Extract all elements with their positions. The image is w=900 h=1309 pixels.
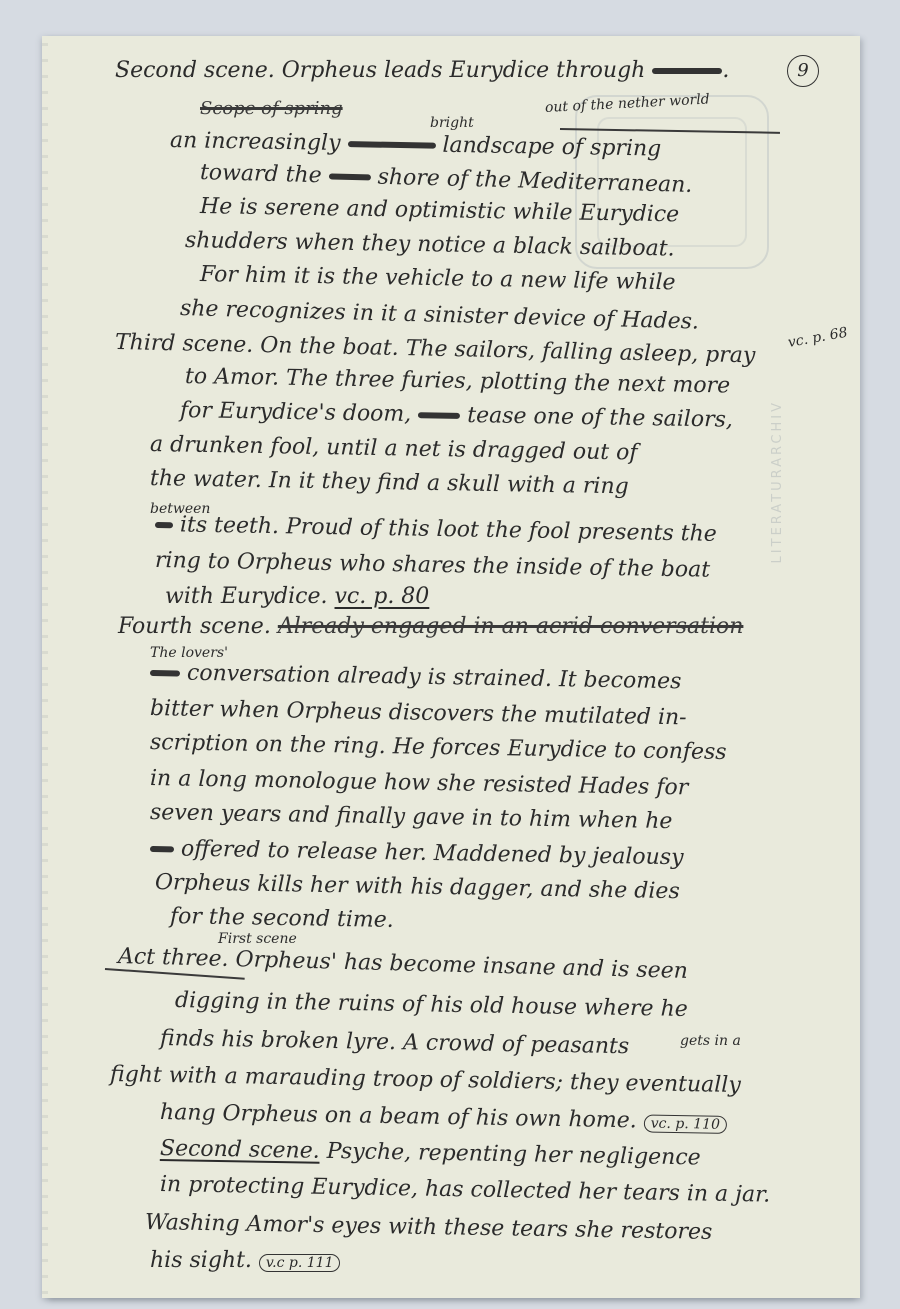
- line-text: with Eurydice.: [165, 584, 328, 609]
- crossed-out-word: [155, 522, 173, 528]
- line-text: an increasingly: [170, 128, 341, 156]
- manuscript-line-34: his sight. v.c p. 111: [150, 1248, 340, 1276]
- struck-phrase: Scope of spring: [200, 96, 343, 122]
- line-text: Fourth scene.: [118, 614, 271, 639]
- manuscript-line-16: with Eurydice. vc. p. 80: [165, 584, 429, 610]
- reference-note-p80: vc. p. 80: [335, 584, 430, 609]
- struck-phrase: Already engaged in an acrid conversation: [278, 614, 744, 639]
- second-scene-heading: Second scene.: [160, 1136, 320, 1164]
- margin-stamp-text: LITERATURARCHIV: [770, 400, 790, 563]
- line-text: his sight.: [150, 1248, 252, 1273]
- crossed-out-word: [347, 141, 435, 149]
- line-text: tease one of the sailors,: [467, 403, 733, 433]
- line-text: landscape of spring: [442, 133, 661, 162]
- crossed-out-word: [150, 670, 180, 677]
- line-text: Psyche, repenting her negligence: [326, 1139, 700, 1171]
- insertion-gets-in-a: gets in a: [680, 1028, 741, 1054]
- reference-note-p111: v.c p. 111: [259, 1254, 341, 1272]
- crossed-out-word: [652, 68, 722, 74]
- line-text: Second scene. Orpheus leads Eurydice thr…: [115, 58, 645, 83]
- reference-note-p110: vc. p. 110: [644, 1114, 728, 1133]
- line-text: toward the: [200, 160, 322, 188]
- crossed-out-word: [418, 412, 460, 419]
- line-text: for Eurydice's doom,: [180, 398, 412, 427]
- page-number-circled: 9: [787, 55, 819, 87]
- manuscript-line-17: Fourth scene. Already engaged in an acri…: [118, 614, 743, 640]
- manuscript-line-1: Second scene. Orpheus leads Eurydice thr…: [115, 58, 729, 84]
- crossed-out-word: [329, 173, 371, 180]
- line-text: Act three.: [118, 944, 229, 972]
- crossed-out-word: [150, 846, 174, 852]
